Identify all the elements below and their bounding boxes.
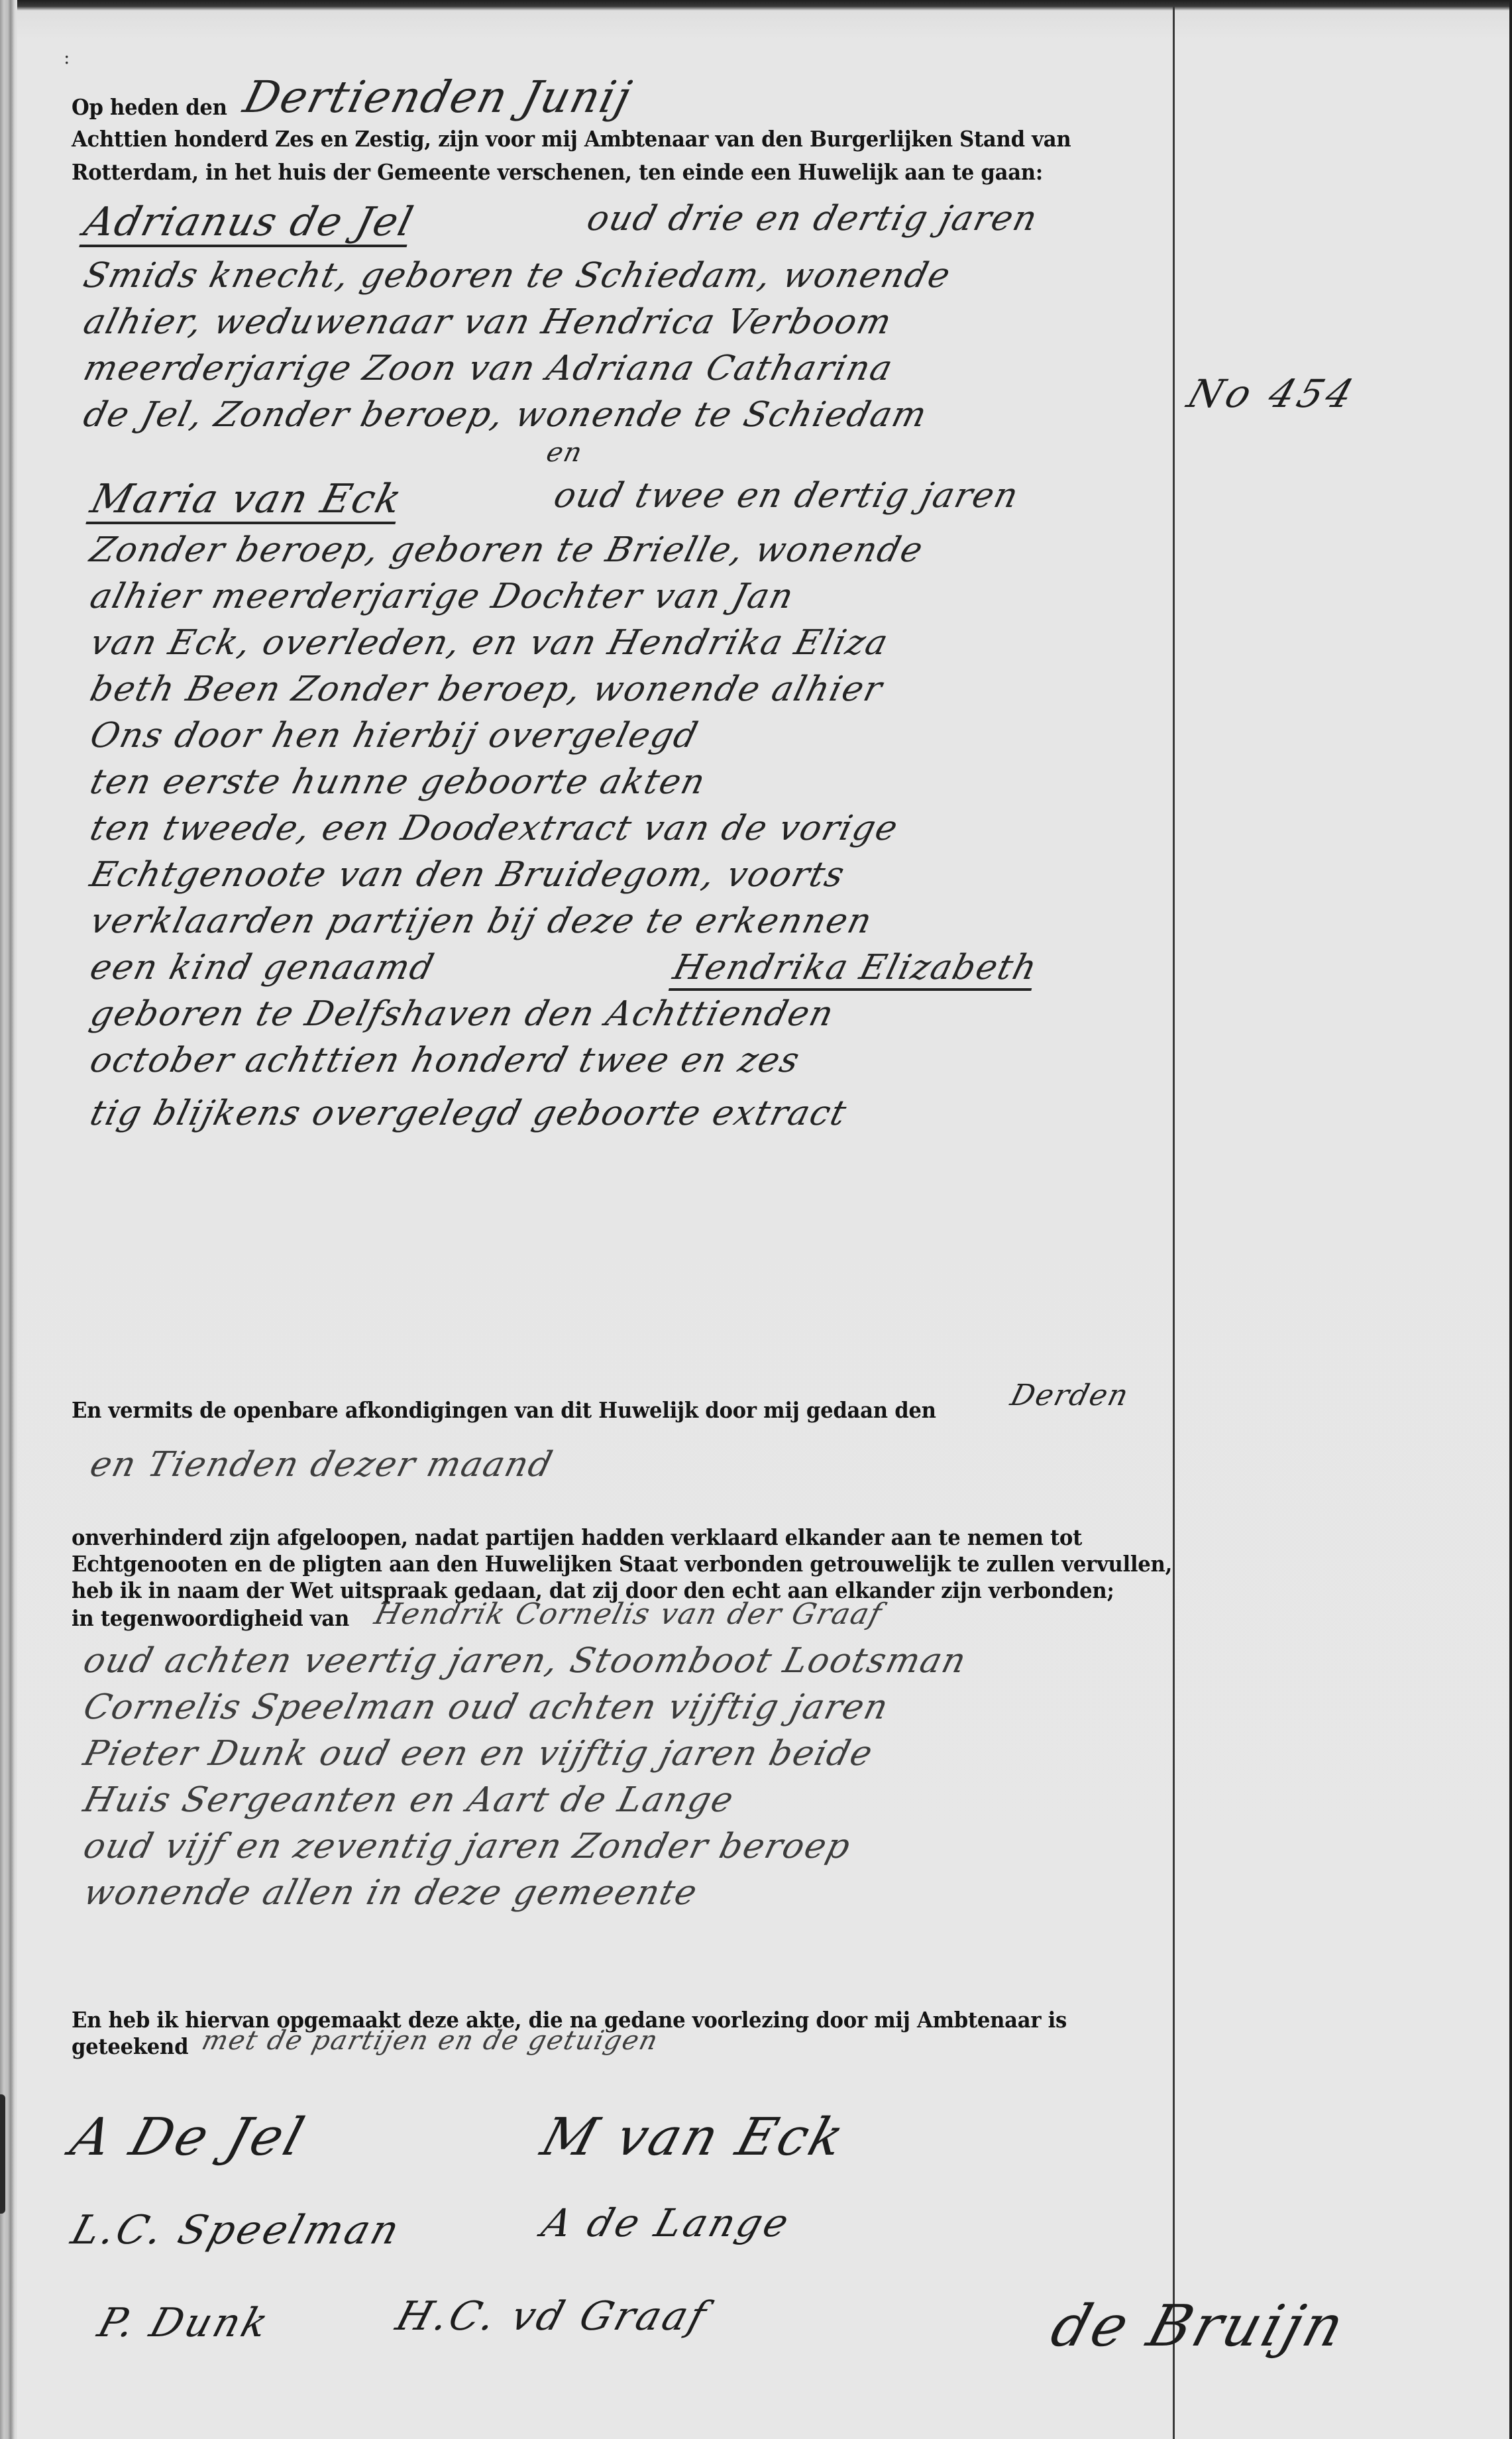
signature-witness-1: L.C. Speelman <box>66 2207 407 2253</box>
bride-line: een kind genaamd <box>86 948 439 988</box>
groom-line: Smids knecht, geboren te Schiedam, wonen… <box>80 256 955 296</box>
bride-line: Ons door hen hierbij overgelegd <box>86 716 703 756</box>
signature-official: de Bruijn <box>1044 2293 1354 2359</box>
child-name: Hendrika Elizabeth <box>669 948 1042 988</box>
bride-name: Maria van Eck <box>86 476 407 522</box>
register-page: : No 454 Op heden den Dertienden Junij A… <box>0 0 1512 2439</box>
printed-proclamation-1: En vermits de openbare afkondigingen van… <box>72 1397 936 1424</box>
witness-line: oud vijf en zeventig jaren Zonder beroep <box>80 1827 855 1866</box>
bride-line: ten tweede, een Doodextract van de vorig… <box>86 809 903 848</box>
witness-line: Hendrik Cornelis van der Graaf <box>371 1597 886 1631</box>
bride-line: Zonder beroep, geboren te Brielle, wonen… <box>86 530 928 570</box>
bride-line: beth Been Zonder beroep, wonende alhier <box>86 669 887 709</box>
corner-mark: : <box>64 46 70 68</box>
binding-hole <box>0 2094 5 2214</box>
groom-line: meerderjarige Zoon van Adriana Catharina <box>80 349 897 388</box>
hand-date: Dertienden Junij <box>239 72 637 123</box>
witness-line: oud achten veertig jaren, Stoomboot Loot… <box>80 1641 971 1681</box>
printed-opening-1: Op heden den <box>72 94 227 121</box>
signature-groom: A De Jel <box>64 2108 313 2167</box>
bride-line: geboren te Delfshaven den Achttienden <box>86 994 839 1034</box>
bride-line: oud twee en dertig jaren <box>550 476 1023 516</box>
groom-line: oud drie en dertig jaren <box>583 199 1042 239</box>
bride-line: ten eerste hunne geboorte akten <box>86 762 710 802</box>
bride-line: Echtgenoote van den Bruidegom, voorts <box>86 855 849 895</box>
groom-line: alhier, weduwenaar van Hendrica Verboom <box>80 302 896 342</box>
signature-bride: M van Eck <box>535 2108 853 2167</box>
bride-line: october achttien honderd twee en zes <box>86 1041 804 1080</box>
printed-proclamation-5: in tegenwoordigheid van <box>72 1605 349 1632</box>
bride-line: alhier meerderjarige Dochter van Jan <box>86 577 798 616</box>
conjunction-en: en <box>543 437 586 468</box>
bride-line: verklaarden partijen bij deze te erkenne… <box>86 901 877 941</box>
witness-line: Cornelis Speelman oud achten vijftig jar… <box>80 1687 893 1727</box>
printed-proclamation-3: Echtgenooten en de pligten aan den Huwel… <box>72 1551 1172 1577</box>
witness-line: Huis Sergeanten en Aart de Lange <box>80 1780 738 1820</box>
printed-proclamation-2: onverhinderd zijn afgeloopen, nadat part… <box>72 1524 1082 1551</box>
groom-name: Adrianus de Jel <box>80 199 419 245</box>
binding-edge <box>0 0 17 2439</box>
signature-witness-4: H.C. vd Graaf <box>391 2293 714 2340</box>
witness-line: Pieter Dunk oud een en vijftig jaren bei… <box>80 1734 877 1774</box>
bride-line: van Eck, overleden, en van Hendrika Eliz… <box>86 623 893 663</box>
margin-column-rule <box>1173 7 1175 2439</box>
hand-proclamation-2: en Tienden dezer maand <box>86 1445 557 1485</box>
witness-line: wonende allen in deze gemeente <box>80 1873 702 1913</box>
bride-line: tig blijkens overgelegd geboorte extract <box>86 1094 851 1133</box>
printed-opening-3: Rotterdam, in het huis der Gemeente vers… <box>72 159 1043 186</box>
printed-opening-2: Achttien honderd Zes en Zestig, zijn voo… <box>72 126 1071 152</box>
hand-closing: met de partijen en de getuigen <box>199 2025 662 2056</box>
page-top-edge <box>0 0 1512 11</box>
signature-witness-2: A de Lange <box>537 2200 796 2245</box>
signature-witness-3: P. Dunk <box>93 2300 276 2346</box>
register-number: No 454 <box>1182 371 1363 416</box>
hand-proclamation-1: Derden <box>1007 1379 1133 1412</box>
page-right-edge <box>1509 0 1512 2439</box>
printed-closing-2: geteekend <box>72 2033 188 2060</box>
groom-line: de Jel, Zonder beroep, wonende te Schied… <box>80 395 932 435</box>
